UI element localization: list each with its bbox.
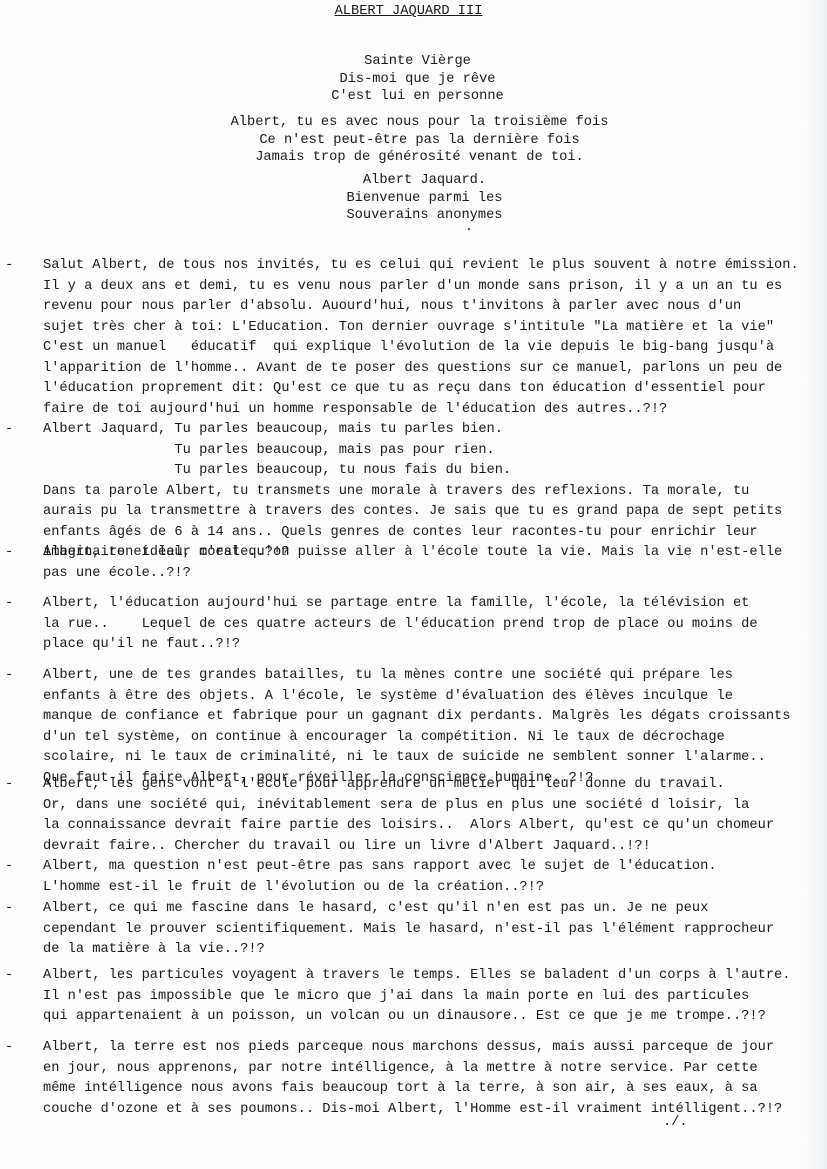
question-line: couche d'ozone et à ses poumons.. Dis-mo… [43,1100,823,1121]
question-line: la connaissance devrait faire partie des… [43,816,823,837]
question-line: en jour, nous apprenons, par notre intél… [43,1059,823,1080]
stanza-line: Souverains anonymes [22,207,827,225]
stanza-line: Bienvenue parmi les [22,190,827,208]
question-text: Albert, ton idéal, c'est qu'on puisse al… [43,543,823,584]
question-line: Dans ta parole Albert, tu transmets une … [43,482,823,503]
question-line: l'apparition de l'homme.. Avant de te po… [43,359,823,380]
question-line: manque de confiance et fabrique pour un … [43,707,823,728]
question-line: place qu'il ne faut..?!? [43,635,823,656]
question-line: Tu parles beaucoup, mais pas pour rien. [43,441,823,462]
question-line: Albert, les gens vont à l'école pour app… [43,775,823,796]
question-line: Albert Jaquard, Tu parles beaucoup, mais… [43,420,823,441]
question-line: Albert, ton idéal, c'est qu'on puisse al… [43,543,823,564]
question-text: Albert, les gens vont à l'école pour app… [43,775,823,857]
question-text: Albert, l'éducation aujourd'hui se parta… [43,594,823,656]
question-text: Albert, ce qui me fascine dans le hasard… [43,899,823,961]
question-line: enfants âgés de 6 à 14 ans.. Quels genre… [43,523,823,544]
stanza-line: Albert, tu es avec nous pour la troisièm… [12,114,827,132]
stanza-line: Jamais trop de générosité venant de toi. [12,149,827,167]
question-line: Tu parles beaucoup, tu nous fais du bien… [43,461,823,482]
question-line: même intélligence nous avons fais beauco… [43,1079,823,1100]
stanza-line: C'est lui en personne [8,88,827,106]
question-text: Albert, une de tes grandes batailles, tu… [43,666,823,789]
intro-stanza-3: Albert Jaquard. Bienvenue parmi les Souv… [0,172,827,225]
question-text: Albert, ma question n'est peut-être pas … [43,857,823,898]
question-line: scolaire, ni le taux de criminalité, ni … [43,748,823,769]
question-text: Albert, la terre est nos pieds parceque … [43,1038,823,1120]
question-line: cependant le prouver scientifiquement. M… [43,920,823,941]
question-line: l'éducation proprement dit: Qu'est ce qu… [43,379,823,400]
stanza-line: Dis-moi que je rêve [8,71,827,89]
question-dash-marker: - [5,775,13,796]
question-line: Albert, l'éducation aujourd'hui se parta… [43,594,823,615]
question-line: Salut Albert, de tous nos invités, tu es… [43,256,823,277]
question-line: enfants à être des objets. A l'école, le… [43,687,823,708]
question-line: la rue.. Lequel de ces quatre acteurs de… [43,615,823,636]
question-line: faire de toi aujourd'hui un homme respon… [43,400,823,421]
question-text: Albert Jaquard, Tu parles beaucoup, mais… [43,420,823,564]
question-line: sujet très cher à toi: L'Education. Ton … [43,318,823,339]
document-title: ALBERT JAQUARD III [0,2,827,22]
question-dash-marker: - [5,256,13,277]
end-mark: ./. [663,1115,688,1130]
separator-dot: . [465,219,473,234]
question-text: Albert, les particules voyagent à traver… [43,966,823,1028]
stanza-line: Ce n'est peut-être pas la dernière fois [12,132,827,150]
question-dash-marker: - [5,966,13,987]
document-page: ALBERT JAQUARD III Sainte Vièrge Dis-moi… [0,0,827,1169]
question-dash-marker: - [5,420,13,441]
intro-stanza-1: Sainte Vièrge Dis-moi que je rêve C'est … [0,53,827,106]
question-line: Or, dans une société qui, inévitablement… [43,796,823,817]
question-line: C'est un manuel éducatif qui explique l'… [43,338,823,359]
question-line: Il n'est pas impossible que le micro que… [43,987,823,1008]
question-dash-marker: - [5,594,13,615]
question-dash-marker: - [5,1038,13,1059]
question-line: Albert, ce qui me fascine dans le hasard… [43,899,823,920]
question-dash-marker: - [5,899,13,920]
question-line: qui appartenaient à un poisson, un volca… [43,1007,823,1028]
question-line: Il y a deux ans et demi, tu es venu nous… [43,277,823,298]
question-line: revenu pour nous parler d'absolu. Auourd… [43,297,823,318]
question-line: Albert, la terre est nos pieds parceque … [43,1038,823,1059]
question-line: d'un tel système, on continue à encourag… [43,728,823,749]
question-dash-marker: - [5,543,13,564]
document-title-text: ALBERT JAQUARD III [335,4,483,19]
question-dash-marker: - [5,857,13,878]
stanza-line: Albert Jaquard. [22,172,827,190]
intro-stanza-2: Albert, tu es avec nous pour la troisièm… [0,114,827,167]
question-line: pas une école..?!? [43,564,823,585]
question-dash-marker: - [5,666,13,687]
question-line: L'homme est-il le fruit de l'évolution o… [43,878,823,899]
question-line: Albert, une de tes grandes batailles, tu… [43,666,823,687]
question-line: devrait faire.. Chercher du travail ou l… [43,837,823,858]
question-line: Albert, ma question n'est peut-être pas … [43,857,823,878]
question-line: Albert, les particules voyagent à traver… [43,966,823,987]
question-line: de la matière à la vie..?!? [43,940,823,961]
question-text: Salut Albert, de tous nos invités, tu es… [43,256,823,420]
question-line: aurais pu la transmettre à travers des c… [43,502,823,523]
stanza-line: Sainte Vièrge [8,53,827,71]
